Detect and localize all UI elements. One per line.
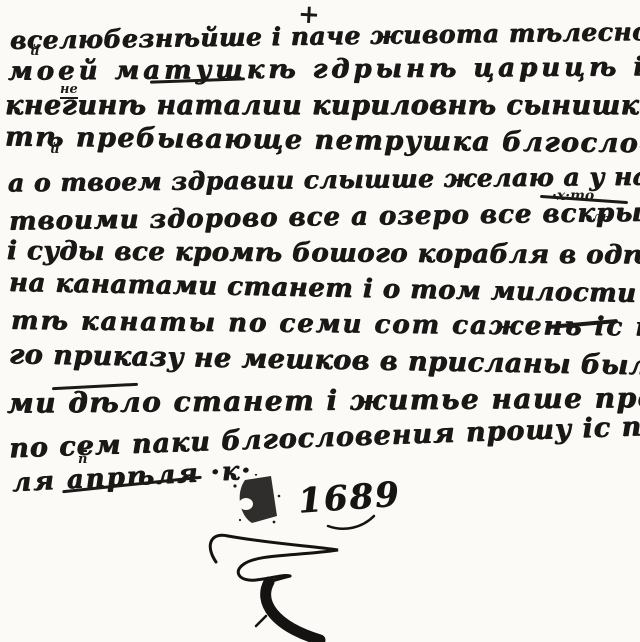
superscript-mark: й — [50, 142, 59, 157]
manuscript-line: і суды все кромѣ бошого корабля в одѣлкѣ… — [7, 236, 640, 272]
signature-flourish — [178, 510, 438, 642]
manuscript-page: + вселюбезнѣйше і паче живота тѣлесного … — [0, 0, 640, 642]
manuscript-line: кнегинѣ наталии кириловнѣ сынишка твой в… — [5, 90, 640, 121]
manuscript-line: моей матушкѣ гдрынѣ царицѣ і велико — [8, 51, 640, 86]
superscript-mark: не — [60, 82, 78, 99]
manuscript-line: тѣ канаты по семи сот сажень іс пушка но — [11, 306, 640, 344]
manuscript-line: а о твоем здравии слышше желаю а у нас м… — [8, 160, 640, 198]
manuscript-line: вселюбезнѣйше і паче живота тѣлесного др… — [10, 14, 640, 55]
manuscript-line: твоими здорово все а озеро все вскрыло — [9, 197, 640, 236]
manuscript-line: го приказу не мешков в присланы были і з… — [9, 339, 640, 384]
manuscript-line: тѣ пребывающе петрушка блгословения прош… — [5, 122, 640, 162]
manuscript-line: на канатами станет і о том милости прошу… — [9, 268, 640, 312]
superscript-mark: ль — [592, 210, 610, 225]
superscript-mark: й — [30, 44, 39, 59]
superscript-mark: п — [78, 450, 87, 467]
